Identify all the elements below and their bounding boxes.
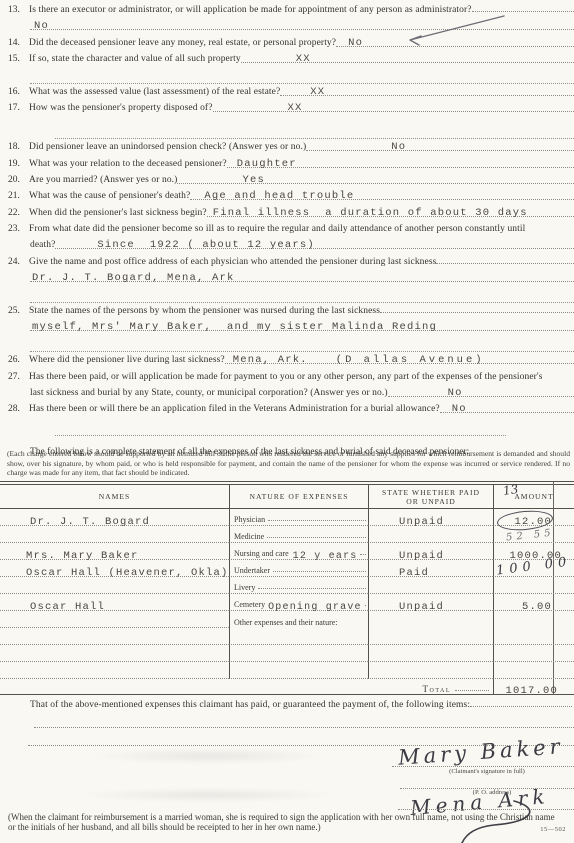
nature-cell: Nursing and care12 y ears <box>229 543 368 560</box>
ink-bleed-smudge <box>80 788 340 802</box>
name-cell: Dr. J. T. Bogard <box>0 509 229 526</box>
amount-cell: 5.00 <box>493 594 574 611</box>
blank-cell <box>493 645 574 662</box>
answer-line <box>470 706 572 707</box>
col-header-names: NAMES <box>0 485 229 509</box>
state-cell: Unpaid <box>368 594 493 611</box>
typed-answer: Since 1922 ( about 12 years) <box>97 240 315 251</box>
fine-print-note: (Each charge entered below should be sup… <box>7 449 570 478</box>
answer-line <box>380 312 574 313</box>
answer-line: Dr. J. T. Bogard, Mena, Ark <box>30 273 574 282</box>
answer-line: Age and head trouble <box>190 191 574 200</box>
total-amount-cell: 1017.00 <box>493 679 574 694</box>
question-20: 20. Are you married? (Answer yes or no.)… <box>0 175 574 191</box>
typed-answer: Daughter <box>237 159 297 170</box>
nature-cell: Livery <box>229 577 368 594</box>
typed-answer: Dr. J. T. Bogard, Mena, Ark <box>32 273 235 284</box>
paid-statement: That of the above-mentioned expenses thi… <box>0 700 572 717</box>
question-18: 18. Did pensioner leave an unindorsed pe… <box>0 142 574 158</box>
nature-cell: Other expenses and their nature: <box>229 611 368 628</box>
expense-table-grid: NAMES NATURE OF EXPENSES STATE WHETHER P… <box>0 485 574 694</box>
question-number: 18. <box>8 142 29 152</box>
typed-answer: No <box>391 142 406 153</box>
answer-line: XX <box>280 87 574 96</box>
question-number: 16. <box>8 87 29 97</box>
handwritten-13-annotation: 13 <box>502 482 519 498</box>
question-25: 25. State the names of the persons by wh… <box>0 306 574 322</box>
question-number: 28. <box>8 404 29 414</box>
answer-line: XX <box>241 54 574 63</box>
nature-label: Physician <box>230 515 265 524</box>
name-cell: Oscar Hall <box>0 594 229 611</box>
answer-line: No <box>440 404 574 413</box>
question-text: What was the assessed value (last assess… <box>29 87 280 97</box>
typed-answer: XX <box>310 87 325 98</box>
pension-expense-form: 13. Is there an executor or administrato… <box>0 0 574 843</box>
blank-cell <box>0 662 229 679</box>
answer-line: myself, Mrs' Mary Baker, and my sister M… <box>30 322 574 331</box>
question-24-answer: Dr. J. T. Bogard, Mena, Ark <box>0 273 574 289</box>
question-number: 21. <box>8 191 29 201</box>
typed-answer: myself, Mrs' Mary Baker, and my sister M… <box>32 322 437 333</box>
blank-cell <box>0 645 229 662</box>
blank-line <box>0 339 574 355</box>
nature-label: Other expenses and their nature: <box>230 618 338 627</box>
typed-answer: Age and head trouble <box>204 191 354 202</box>
question-text: Did the deceased pensioner leave any mon… <box>29 38 336 48</box>
blank-line <box>0 423 574 439</box>
typed-answer: XX <box>296 54 311 65</box>
blank-cell <box>493 628 574 645</box>
question-26: 26. Where did the pensioner live during … <box>0 355 574 371</box>
answer-line: Final illness a duration of about 30 day… <box>207 208 574 217</box>
question-text: Has there been paid, or will application… <box>29 372 543 382</box>
state-cell: Paid <box>368 560 493 577</box>
question-27: 27. Has there been paid, or will applica… <box>0 372 574 388</box>
typed-answer: No <box>448 388 463 399</box>
answer-line <box>436 263 574 264</box>
question-text: When did the pensioner's last sickness b… <box>29 208 207 218</box>
paid-statement-text: That of the above-mentioned expenses thi… <box>30 700 470 710</box>
question-28: 28. Has there been or will there be an a… <box>0 404 574 420</box>
name-cell <box>0 611 229 628</box>
state-cell <box>368 577 493 594</box>
question-number: 15. <box>8 54 29 64</box>
answer-line: No <box>306 142 574 151</box>
signature-line <box>392 765 574 767</box>
blank-cell <box>229 662 368 679</box>
blank-line <box>34 726 574 728</box>
nature-label: Cemetery <box>230 600 265 609</box>
question-text: Has there been or will there be an appli… <box>29 404 440 414</box>
typed-answer: XX <box>288 103 303 114</box>
blank-line <box>0 71 574 87</box>
question-number: 22. <box>8 208 29 218</box>
question-text: How was the pensioner's property dispose… <box>29 103 213 113</box>
question-text: Are you married? (Answer yes or no.) <box>29 175 177 185</box>
name-cell <box>0 577 229 594</box>
question-number: 20. <box>8 175 29 185</box>
signature-caption: (Claimant's signature in full) <box>398 768 574 775</box>
question-21: 21. What was the cause of pensioner's de… <box>0 191 574 207</box>
typed-answer: Final illness a duration of about 30 day… <box>213 208 528 219</box>
state-cell <box>368 611 493 628</box>
question-16: 16. What was the assessed value (last as… <box>0 87 574 103</box>
expense-table: NAMES NATURE OF EXPENSES STATE WHETHER P… <box>0 481 574 695</box>
blank-cell <box>229 645 368 662</box>
blank-line <box>0 126 574 142</box>
col-header-state: STATE WHETHER PAID OR UNPAID <box>368 485 493 509</box>
question-22: 22. When did the pensioner's last sickne… <box>0 208 574 224</box>
question-text-continued: last sickness and burial by any State, c… <box>30 388 388 398</box>
question-number: 24. <box>8 257 29 267</box>
answer-line: Since 1922 ( about 12 years) <box>55 240 574 249</box>
question-text: If so, state the character and value of … <box>29 54 241 64</box>
blank-cell <box>0 628 229 645</box>
amount-cell <box>493 611 574 628</box>
ink-bleed-smudge <box>90 748 330 764</box>
answer-line: Yes <box>177 175 574 184</box>
blank-cell <box>368 662 493 679</box>
nature-cell: Medicine <box>229 526 368 543</box>
question-number: 25. <box>8 306 29 316</box>
nature-cell: Undertaker <box>229 560 368 577</box>
footer-note: (When the claimant for reimbursement is … <box>8 812 562 832</box>
blank-cell <box>368 645 493 662</box>
question-19: 19. What was your relation to the deceas… <box>0 159 574 175</box>
question-text: What was the cause of pensioner's death? <box>29 191 190 201</box>
nature-label: Medicine <box>230 532 264 541</box>
nature-label: Undertaker <box>230 566 270 575</box>
typed-answer-secondary: (D allas Avenue) <box>336 355 485 366</box>
amount-cell <box>493 577 574 594</box>
question-25-answer: myself, Mrs' Mary Baker, and my sister M… <box>0 322 574 338</box>
question-number: 14. <box>8 38 29 48</box>
state-cell <box>368 526 493 543</box>
question-number: 27. <box>8 372 29 382</box>
question-number: 26. <box>8 355 29 365</box>
total-label-cell: Total <box>368 679 493 694</box>
blank-cell <box>229 628 368 645</box>
question-27-continued: last sickness and burial by any State, c… <box>0 388 574 404</box>
answer-line: Mena, Ark.(D allas Avenue) <box>225 355 574 364</box>
question-17: 17. How was the pensioner's property dis… <box>0 103 574 119</box>
question-text: Did pensioner leave an unindorsed pensio… <box>29 142 306 152</box>
name-cell <box>0 526 229 543</box>
state-cell: Unpaid <box>368 509 493 526</box>
question-number: 13. <box>8 5 29 15</box>
name-cell: Oscar Hall (Heavener, Okla) <box>0 560 229 577</box>
question-text: Give the name and post office address of… <box>29 257 436 267</box>
question-23-continued: death? Since 1922 ( about 12 years) <box>0 240 574 256</box>
typed-answer: No <box>452 404 467 415</box>
blank-line <box>0 290 574 306</box>
nature-cell: Physician <box>229 509 368 526</box>
question-number: 19. <box>8 159 29 169</box>
question-number: 17. <box>8 103 29 113</box>
nature-label: Nursing and care <box>230 549 289 558</box>
state-cell: Unpaid <box>368 543 493 560</box>
answer-line: XX <box>213 103 574 112</box>
nature-label: Livery <box>230 583 255 592</box>
answer-line: Daughter <box>227 159 574 168</box>
question-text: From what date did the pensioner become … <box>29 224 525 234</box>
name-cell: Mrs. Mary Baker <box>0 543 229 560</box>
typed-answer: No <box>348 38 363 49</box>
question-text-continued: death? <box>30 240 55 250</box>
blank-cell <box>493 662 574 679</box>
form-number: 15—502 <box>540 826 566 833</box>
typed-answer: No <box>34 21 49 32</box>
question-24: 24. Give the name and post office addres… <box>0 257 574 273</box>
answer-line: No <box>388 388 574 397</box>
typed-total: 1017.00 <box>505 686 558 697</box>
col-header-nature: NATURE OF EXPENSES <box>229 485 368 509</box>
question-15: 15. If so, state the character and value… <box>0 54 574 70</box>
question-text: State the names of the persons by whom t… <box>29 306 380 316</box>
question-23: 23. From what date did the pensioner bec… <box>0 224 574 240</box>
question-text: Where did the pensioner live during last… <box>29 355 225 365</box>
typed-answer: Yes <box>242 175 265 186</box>
total-label: Total <box>422 684 451 694</box>
blank-cell <box>368 628 493 645</box>
nature-cell: CemeteryOpening grave <box>229 594 368 611</box>
pen-arrow-annotation <box>398 12 510 48</box>
questions-section: 13. Is there an executor or administrato… <box>0 5 574 457</box>
question-text: What was your relation to the deceased p… <box>29 159 227 169</box>
total-spacer <box>0 679 368 694</box>
typed-answer: Mena, Ark. <box>233 355 308 366</box>
question-number: 23. <box>8 224 29 234</box>
